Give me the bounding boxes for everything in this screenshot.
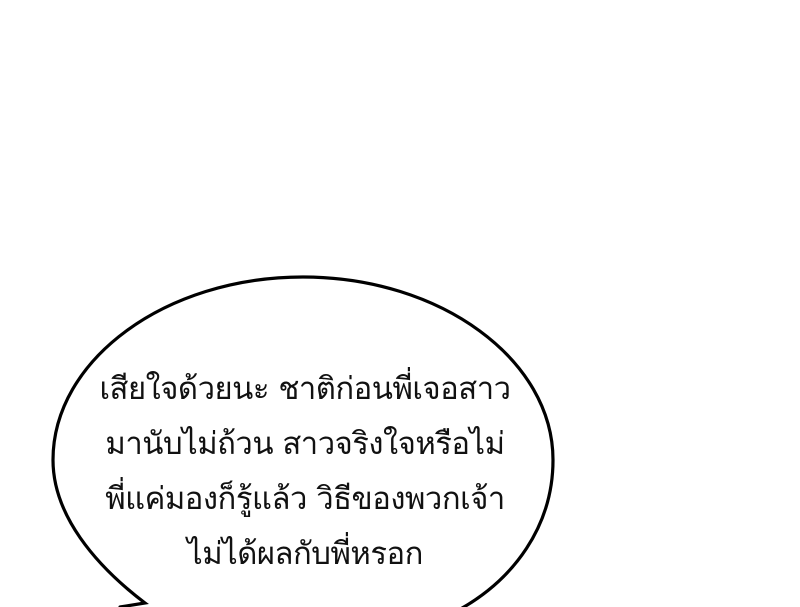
dialogue-line-3: พี่แค่มองก็รู้แล้ว วิธีของพวกเจ้า bbox=[55, 472, 555, 527]
comic-panel: เสียใจด้วยนะ ชาติก่อนพี่เจอสาว มานับไม่ถ… bbox=[0, 0, 800, 607]
speech-bubble-text: เสียใจด้วยนะ ชาติก่อนพี่เจอสาว มานับไม่ถ… bbox=[55, 362, 555, 582]
dialogue-line-4: ไม่ได้ผลกับพี่หรอก bbox=[55, 527, 555, 582]
dialogue-line-1: เสียใจด้วยนะ ชาติก่อนพี่เจอสาว bbox=[55, 362, 555, 417]
dialogue-line-2: มานับไม่ถ้วน สาวจริงใจหรือไม่ bbox=[55, 417, 555, 472]
